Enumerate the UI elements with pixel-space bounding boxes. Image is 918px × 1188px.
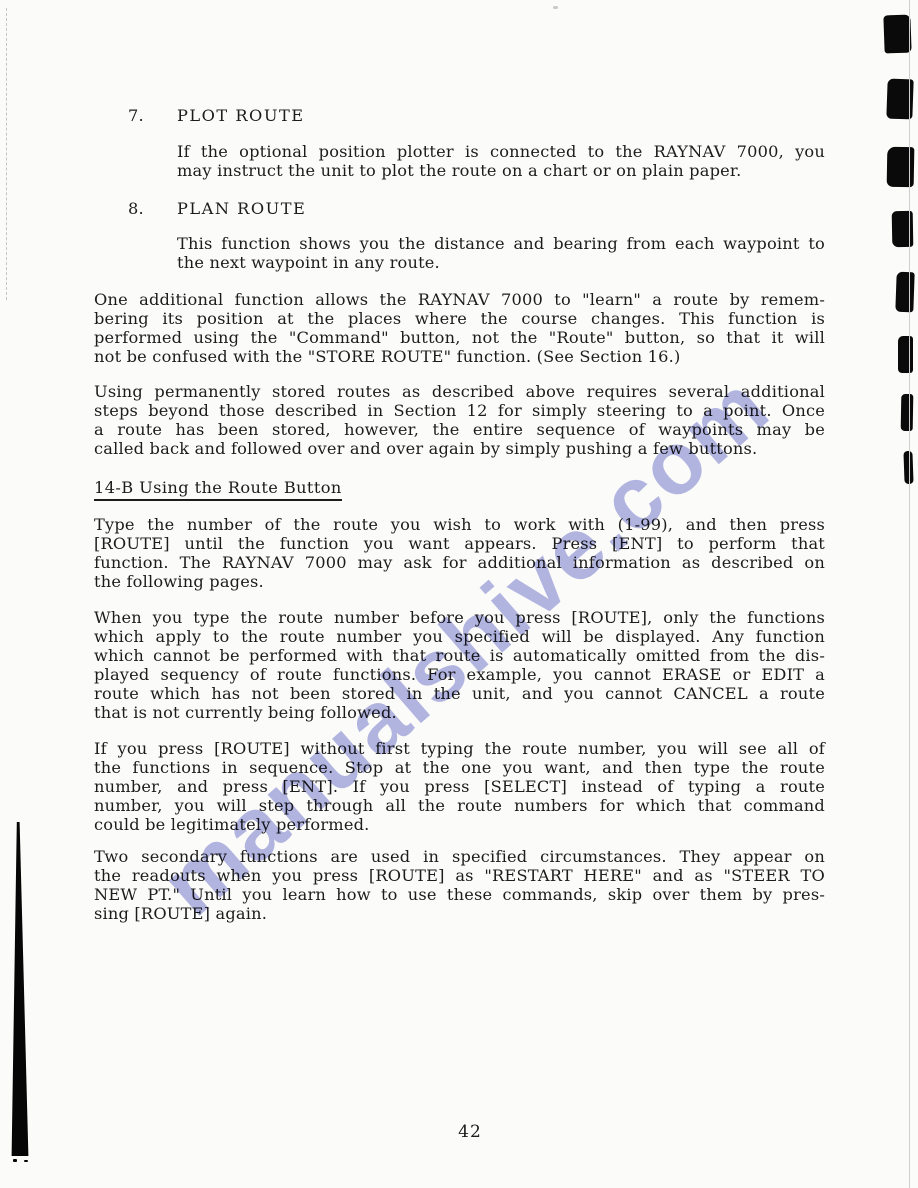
section-heading: 14-B Using the Route Button bbox=[94, 478, 825, 497]
scan-edge-line bbox=[909, 0, 910, 1188]
text-line: When you type the route number before yo… bbox=[94, 608, 825, 627]
body-paragraph: If you press [ROUTE] without first typin… bbox=[94, 739, 825, 834]
body-paragraph: Two secondary functions are used in spec… bbox=[94, 847, 825, 923]
text-line: route which has not been stored in the u… bbox=[94, 684, 825, 703]
text-line: bering its position at the places where … bbox=[94, 309, 825, 328]
section-heading-text: 14-B Using the Route Button bbox=[94, 478, 342, 501]
text-line: called back and followed over and over a… bbox=[94, 439, 825, 458]
text-line: [ROUTE] until the function you want appe… bbox=[94, 534, 825, 553]
text-line: Using permanently stored routes as descr… bbox=[94, 382, 825, 401]
text-line: If the optional position plotter is conn… bbox=[177, 142, 825, 161]
binding-mark bbox=[887, 147, 915, 187]
list-item-plan-route: 8.PLAN ROUTE bbox=[128, 199, 825, 218]
body-paragraph: When you type the route number before yo… bbox=[94, 608, 825, 722]
text-line: may instruct the unit to plot the route … bbox=[177, 161, 825, 180]
text-line: that is not currently being followed. bbox=[94, 703, 825, 722]
list-item-title: PLOT ROUTE bbox=[177, 106, 305, 125]
scan-speck bbox=[13, 1159, 17, 1162]
text-line: a route has been stored, however, the en… bbox=[94, 420, 825, 439]
text-line: NEW PT." Until you learn how to use thes… bbox=[94, 885, 825, 904]
text-line: This function shows you the distance and… bbox=[177, 234, 825, 253]
body-paragraph: Type the number of the route you wish to… bbox=[94, 515, 825, 591]
text-line: steps beyond those described in Section … bbox=[94, 401, 825, 420]
body-paragraph: Using permanently stored routes as descr… bbox=[94, 382, 825, 458]
text-line: the functions in sequence. Stop at the o… bbox=[94, 758, 825, 777]
text-line: played sequency of route functions. For … bbox=[94, 665, 825, 684]
text-line: number, you will step through all the ro… bbox=[94, 796, 825, 815]
list-item-paragraph: This function shows you the distance and… bbox=[177, 234, 825, 272]
text-line: If you press [ROUTE] without first typin… bbox=[94, 739, 825, 758]
scanned-manual-page: 7.PLOT ROUTE If the optional position pl… bbox=[0, 0, 918, 1188]
text-line: which apply to the route number you spec… bbox=[94, 627, 825, 646]
text-line: not be confused with the "STORE ROUTE" f… bbox=[94, 347, 825, 366]
text-line: the next waypoint in any route. bbox=[177, 253, 825, 272]
scan-speck bbox=[553, 6, 558, 9]
binding-mark bbox=[883, 15, 911, 54]
text-line: performed using the "Command" button, no… bbox=[94, 328, 825, 347]
binding-mark bbox=[901, 394, 914, 431]
text-line: Two secondary functions are used in spec… bbox=[94, 847, 825, 866]
scan-edge-line bbox=[6, 8, 7, 300]
text-line: the following pages. bbox=[94, 572, 825, 591]
binding-mark bbox=[895, 272, 914, 313]
page-number: 42 bbox=[458, 1122, 482, 1142]
text-line: Type the number of the route you wish to… bbox=[94, 515, 825, 534]
list-item-paragraph: If the optional position plotter is conn… bbox=[177, 142, 825, 180]
binding-mark bbox=[892, 211, 914, 247]
text-line: sing [ROUTE] again. bbox=[94, 904, 825, 923]
list-item-number: 8. bbox=[128, 199, 177, 218]
list-item-number: 7. bbox=[128, 106, 177, 125]
binding-mark bbox=[898, 336, 913, 373]
scan-smudge-wedge bbox=[10, 822, 30, 1156]
text-line: the readouts when you press [ROUTE] as "… bbox=[94, 866, 825, 885]
list-item-title: PLAN ROUTE bbox=[177, 199, 306, 218]
text-line: which cannot be performed with that rout… bbox=[94, 646, 825, 665]
body-paragraph: One additional function allows the RAYNA… bbox=[94, 290, 825, 366]
text-line: One additional function allows the RAYNA… bbox=[94, 290, 825, 309]
text-line: could be legitimately performed. bbox=[94, 815, 825, 834]
text-line: function. The RAYNAV 7000 may ask for ad… bbox=[94, 553, 825, 572]
scan-speck bbox=[24, 1160, 28, 1162]
text-line: number, and press [ENT]. If you press [S… bbox=[94, 777, 825, 796]
page-text-column: 7.PLOT ROUTE If the optional position pl… bbox=[94, 0, 825, 923]
list-item-plot-route: 7.PLOT ROUTE bbox=[128, 106, 825, 125]
